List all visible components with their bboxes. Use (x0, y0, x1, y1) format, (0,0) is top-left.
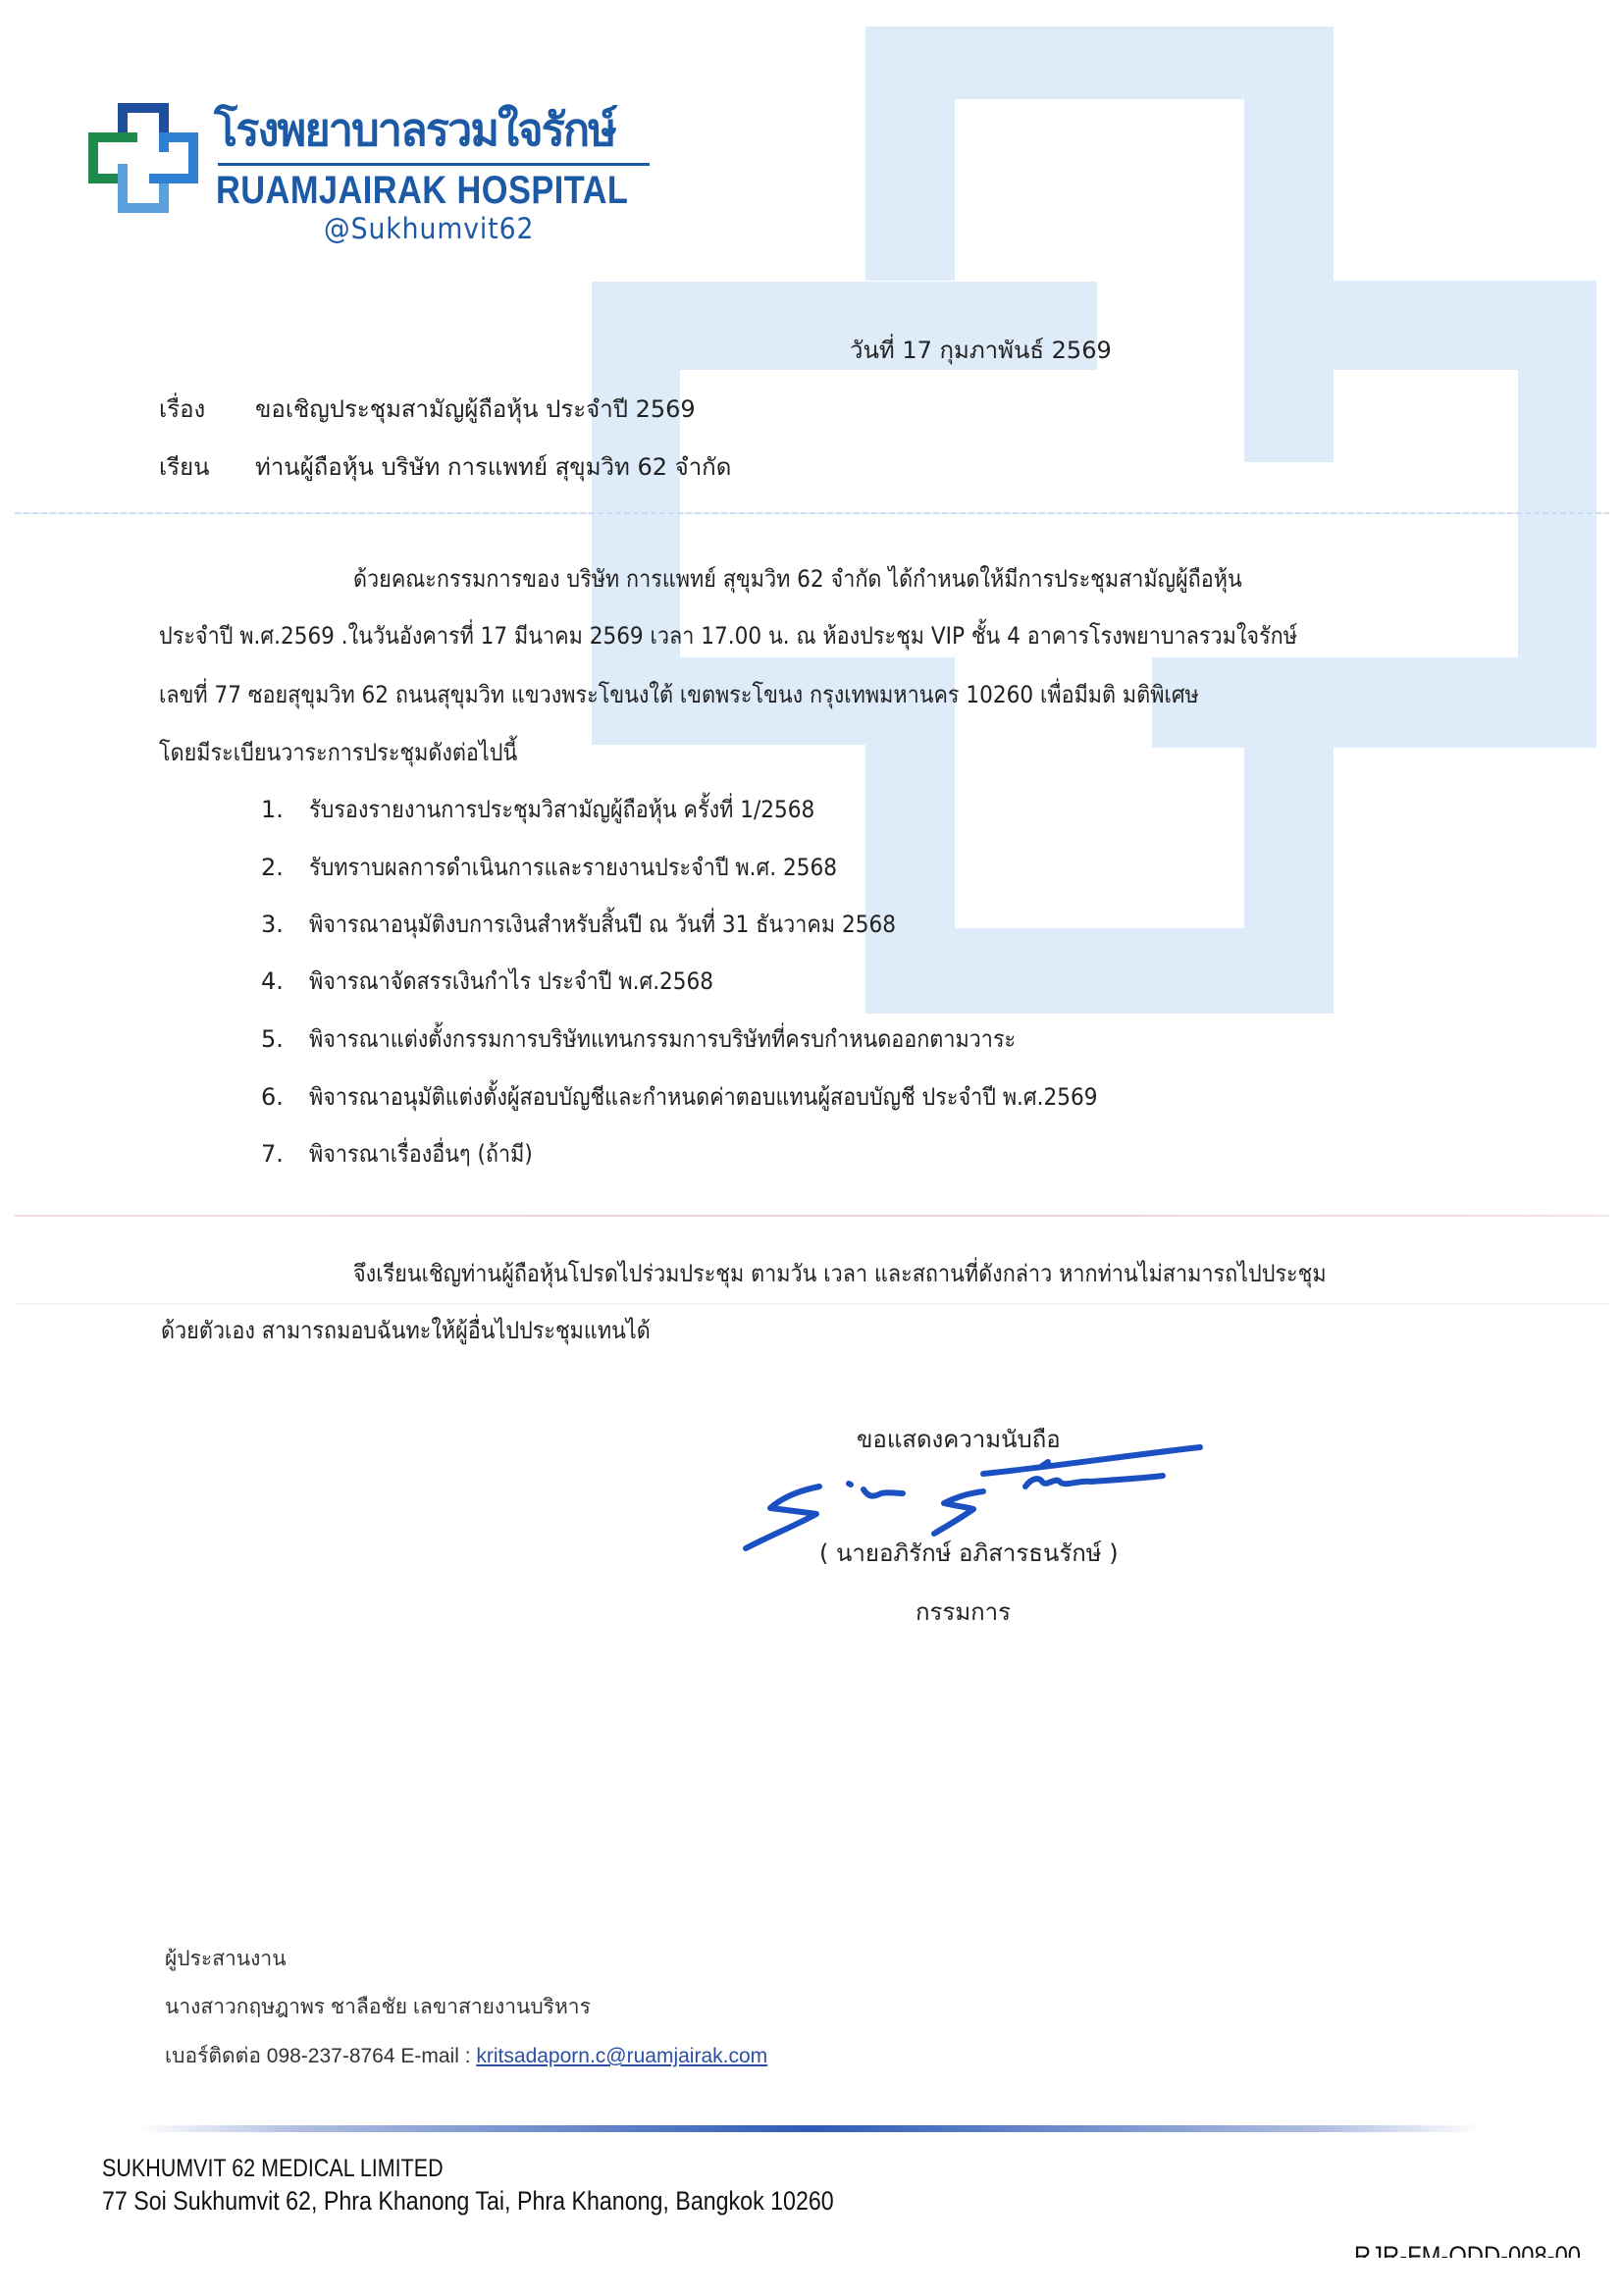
footer-address: 77 Soi Sukhumvit 62, Phra Khanong Tai, P… (102, 2186, 834, 2217)
scan-artifact-line (15, 1215, 1609, 1217)
scan-artifact-line (15, 512, 1609, 514)
agenda-text: พิจารณาอนุมัติแต่งตั้งผู้สอบบัญชีและกำหน… (309, 1080, 1097, 1114)
agenda-number: 3. (261, 908, 284, 941)
agenda-number: 4. (261, 965, 284, 998)
agenda-text: รับทราบผลการดำเนินการและรายงานประจำปี พ.… (309, 851, 837, 884)
scan-artifact-line (15, 1303, 1609, 1305)
signer-name: ( นายอภิรักษ์ อภิสารธนรักษ์ ) (819, 1537, 1119, 1570)
logo-english-name: RUAMJAIRAK HOSPITAL (216, 169, 628, 213)
footer-company-name: SUKHUMVIT 62 MEDICAL LIMITED (102, 2155, 444, 2183)
body-line: ประจำปี พ.ศ.2569 .ในวันอังคารที่ 17 มีนา… (159, 619, 1297, 652)
coordinator-label: ผู้ประสานงาน (165, 1943, 287, 1975)
closing-line: จึงเรียนเชิญท่านผู้ถือหุ้นโปรดไปร่วมประช… (353, 1257, 1327, 1290)
letter-date: วันที่ 17 กุมภาพันธ์ 2569 (850, 334, 1112, 367)
document-code: RJR-FM-ODD-008-00 (1354, 2241, 1590, 2258)
subject-label: เรื่อง (159, 392, 205, 426)
closing-line: ด้วยตัวเอง สามารถมอบฉันทะให้ผู้อื่นไปประ… (161, 1314, 651, 1347)
agenda-text: รับรองรายงานการประชุมวิสามัญผู้ถือหุ้น ค… (309, 793, 814, 826)
signer-title: กรรมการ (916, 1595, 1011, 1629)
coordinator-email-link[interactable]: kritsadaporn.c@ruamjairak.com (476, 2045, 767, 2067)
document-code-text: RJR-FM-ODD-008-00 (1354, 2241, 1581, 2258)
agenda-text: พิจารณาจัดสรรเงินกำไร ประจำปี พ.ศ.2568 (309, 965, 713, 998)
coordinator-name: นางสาวกฤษฎาพร ชาลือชัย เลขาสายงานบริหาร (165, 1991, 591, 2023)
agenda-number: 5. (261, 1022, 284, 1056)
agenda-text: พิจารณาอนุมัติงบการเงินสำหรับสิ้นปี ณ วั… (309, 908, 896, 941)
agenda-text: พิจารณาแต่งตั้งกรรมการบริษัทแทนกรรมการบร… (309, 1022, 1016, 1056)
recipient-text: ท่านผู้ถือหุ้น บริษัท การแพทย์ สุขุมวิท … (255, 450, 731, 484)
coordinator-phone: เบอร์ติดต่อ 098-237-8764 E-mail : (165, 2045, 476, 2067)
footer-divider (137, 2125, 1482, 2132)
agenda-number: 7. (261, 1137, 284, 1171)
body-line: ด้วยคณะกรรมการของ บริษัท การแพทย์ สุขุมว… (353, 562, 1242, 596)
subject-text: ขอเชิญประชุมสามัญผู้ถือหุ้น ประจำปี 2569 (255, 392, 696, 426)
body-line: โดยมีระเบียนวาระการประชุมดังต่อไปนี้ (159, 736, 517, 769)
recipient-label: เรียน (159, 450, 210, 484)
agenda-number: 1. (261, 793, 284, 826)
medical-cross-icon (84, 98, 204, 218)
logo-handle: @Sukhumvit62 (324, 212, 534, 245)
body-line: เลขที่ 77 ซอยสุขุมวิท 62 ถนนสุขุมวิท แขว… (159, 678, 1199, 711)
agenda-text: พิจารณาเรื่องอื่นๆ (ถ้ามี) (309, 1137, 533, 1171)
logo-thai-name: โรงพยาบาลรวมใจรักษ์ (214, 94, 615, 166)
logo-divider (218, 163, 650, 166)
coordinator-contact: เบอร์ติดต่อ 098-237-8764 E-mail : kritsa… (165, 2040, 767, 2072)
agenda-number: 2. (261, 851, 284, 884)
agenda-number: 6. (261, 1080, 284, 1114)
